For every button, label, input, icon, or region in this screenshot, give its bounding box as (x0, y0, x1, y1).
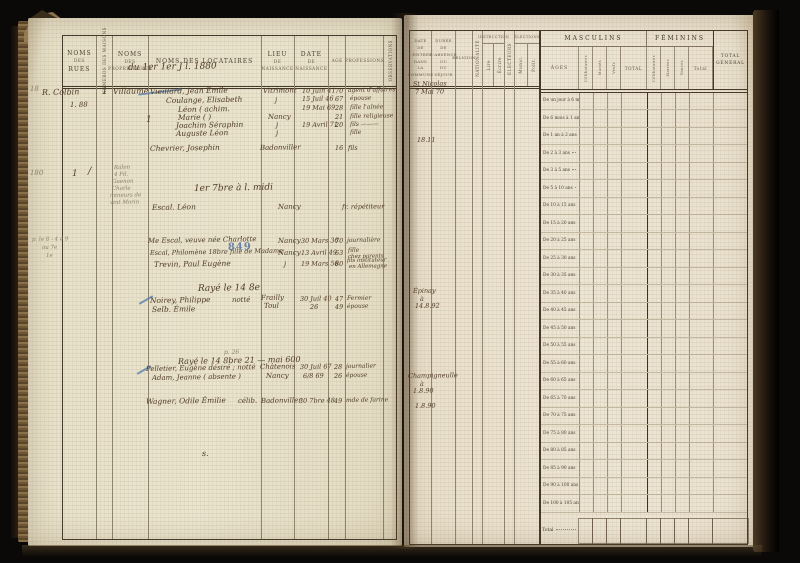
tally-cell (579, 390, 593, 407)
tally-cell (647, 128, 661, 145)
header-line: Mariés (598, 60, 602, 75)
tally-cell (607, 373, 621, 390)
tally-cell (579, 338, 593, 355)
tally-cell (593, 303, 607, 320)
tally-cell (607, 250, 621, 267)
tally-cell (579, 425, 593, 442)
tally-cell (647, 460, 661, 477)
tally-cell (674, 518, 689, 545)
tally-cell (713, 233, 749, 250)
col-header-date-entree: DATE DE L'ENTRÉE DANS LA COMMUNE (410, 31, 431, 89)
age-row-label-cell: De 85 à 90 ans (541, 460, 579, 477)
tally-cell (607, 285, 621, 302)
age-row-label-cell: De 80 à 85 ans (541, 443, 579, 460)
header-line: LIEU (268, 51, 288, 58)
tally-cell (647, 303, 661, 320)
tally-cell (593, 338, 607, 355)
m-veufs-header: Veufs (607, 47, 621, 89)
tally-cell (661, 460, 675, 477)
tally-cell (607, 268, 621, 285)
tally-cell (661, 425, 675, 442)
subcol-politique: Polit. (527, 44, 540, 86)
age-row-label-cell: De 45 à 50 ans (541, 320, 579, 337)
col-header-nationalite: NATIONALITÉ (473, 31, 482, 89)
tally-cell (675, 443, 689, 460)
feminins-header: FÉMININS (647, 31, 713, 46)
age-row: De 60 à 65 ans (541, 373, 747, 391)
tally-cell (661, 373, 675, 390)
tally-cell (621, 355, 647, 372)
tally-cell (579, 303, 593, 320)
col-header-noms-rues: NOMS DES RUES (63, 36, 96, 89)
tally-cell (713, 110, 749, 127)
f-mariees-header: Mariées (661, 47, 675, 89)
header-line: NATIONALITÉ (475, 40, 480, 77)
group-header: INSTRUCTION (483, 31, 504, 44)
header-line: Munic. (518, 56, 523, 74)
header-line: AGE (332, 59, 343, 64)
tally-cell (607, 355, 621, 372)
age-row-label-cell: De 3 à 5 ans (541, 163, 579, 180)
col-group-instruction: INSTRUCTION Lire Écrire (483, 31, 505, 544)
tally-cell (579, 460, 593, 477)
col-noms-rues: NOMS DES RUES (63, 36, 97, 539)
tally-cell (661, 93, 675, 110)
m-celibataires-header: Célibataires (579, 47, 593, 89)
age-row-label-cell: De 100 à 105 ans (541, 495, 579, 512)
tally-cell (675, 338, 689, 355)
tally-cell (593, 180, 607, 197)
col-header-religion: RELIGION (456, 31, 472, 89)
col-header-observations: OBSERVATIONS (384, 36, 396, 89)
tally-cell (579, 215, 593, 232)
mf-header: MASCULINS FÉMININS ÂGES Célibataires Mar… (541, 31, 747, 90)
tally-cell (593, 198, 607, 215)
tally-cell (689, 355, 713, 372)
tally-cell (647, 355, 661, 372)
tally-cell (689, 303, 713, 320)
f-celibataires-header: Célibataires (647, 47, 661, 89)
tally-cell (607, 110, 621, 127)
age-row: De 100 à 105 ans (541, 495, 747, 513)
age-row-label: De 35 à 40 ans (543, 291, 575, 296)
tally-cell (661, 355, 675, 372)
tally-cell (621, 338, 647, 355)
age-row-label: De 85 à 90 ans (543, 466, 575, 471)
tally-cell (607, 180, 621, 197)
age-row-label: De 1 an à 2 ans (543, 133, 577, 138)
age-row-label-cell: De 1 an à 2 ans (541, 128, 579, 145)
age-row: De 15 à 20 ans (541, 215, 747, 233)
tally-cell (647, 285, 661, 302)
tally-cell (713, 180, 749, 197)
tally-cell (621, 233, 647, 250)
tally-cell (593, 93, 607, 110)
tally-cell (647, 250, 661, 267)
col-lieu-naissance: LIEU DE NAISSANCE (262, 36, 295, 539)
tally-cell (647, 390, 661, 407)
tally-cell (607, 215, 621, 232)
register-photograph: NOMS DES RUES NUMÉROS DES MAISONS NOMS D… (0, 0, 800, 563)
age-row-label-cell: De 15 à 20 ans (541, 215, 579, 232)
tally-cell (647, 338, 661, 355)
tally-cell (647, 408, 661, 425)
tally-cell (593, 460, 607, 477)
tally-cell (593, 163, 607, 180)
header-line: Célibataires (652, 55, 656, 82)
col-header-date: DATE DE NAISSANCE (295, 36, 329, 89)
age-row: De 10 à 15 ans (541, 198, 747, 216)
tally-cell (607, 145, 621, 162)
tally-cell (713, 338, 749, 355)
tally-cell (621, 250, 647, 267)
tally-cell (621, 443, 647, 460)
tally-cell (621, 478, 647, 495)
tally-cell (593, 390, 607, 407)
age-row: De 3 à 5 ans (541, 163, 747, 181)
m-total-header: TOTAL (621, 47, 647, 89)
tally-cell (661, 285, 675, 302)
tally-cell (593, 250, 607, 267)
tally-cell (713, 425, 749, 442)
tally-cell (661, 478, 675, 495)
tally-cell (661, 443, 675, 460)
header-line: NOMS DES LOCATAIRES (156, 58, 253, 65)
tally-cell (675, 145, 689, 162)
age-row: De 55 à 60 ans (541, 355, 747, 373)
tally-cell (688, 518, 713, 545)
age-row-label: De 100 à 105 ans (543, 501, 579, 506)
age-row-label: De 3 à 5 ans (543, 168, 570, 173)
tally-cell (647, 145, 661, 162)
tally-cell (606, 518, 621, 545)
tally-cell (675, 303, 689, 320)
subcol-lire: Lire (483, 44, 493, 86)
col-header-professions: PROFESSIONS (346, 36, 383, 89)
tally-cell (661, 163, 675, 180)
header-line: DES (74, 59, 85, 64)
col-electeurs: ÉLECTEURS (505, 31, 515, 544)
tally-cell (607, 495, 621, 512)
tally-cell (647, 268, 661, 285)
tally-cell (579, 443, 593, 460)
tally-cell (593, 355, 607, 372)
total-general-header: TOTAL GÉNÉRAL (713, 31, 747, 89)
tally-cell (579, 320, 593, 337)
age-row-label-cell: De 2 à 3 ans (541, 145, 579, 162)
tally-cell (689, 145, 713, 162)
tally-cell (593, 478, 607, 495)
header-line: NAISSANCE (295, 67, 327, 72)
age-row-label-cell: De 90 à 100 ans (541, 478, 579, 495)
group-header: ÉLECTIONS (515, 31, 539, 44)
tally-cell (689, 408, 713, 425)
header-line: Écrire (497, 57, 502, 73)
age-row: De 85 à 90 ans (541, 460, 747, 478)
age-row-label: De 20 à 25 ans (543, 238, 575, 243)
tally-cell (675, 285, 689, 302)
tally-cell (675, 460, 689, 477)
tally-cell (579, 478, 593, 495)
tally-cell (607, 163, 621, 180)
age-row-label-cell: De 30 à 35 ans (541, 268, 579, 285)
tally-cell (621, 215, 647, 232)
tally-cell (689, 163, 713, 180)
tally-cell (689, 390, 713, 407)
tally-cell (579, 355, 593, 372)
f-total-header: Total (689, 47, 713, 89)
header-line: OBSERVATIONS (388, 40, 393, 81)
age-row-label: De 6 mois à 1 an (543, 116, 579, 121)
total-row: Total (541, 518, 747, 545)
age-row: De 45 à 50 ans (541, 320, 747, 338)
tally-cell (579, 408, 593, 425)
col-religion: RELIGION (456, 31, 473, 544)
tally-cell (607, 320, 621, 337)
tally-cell (647, 198, 661, 215)
tally-cell (675, 110, 689, 127)
tally-cell (593, 408, 607, 425)
header-line: DE (417, 46, 424, 51)
header-line: DU (440, 66, 447, 71)
age-row-label: De 30 à 35 ans (543, 273, 575, 278)
header-line: L'ENTRÉE (409, 53, 433, 58)
register-right-page: DATE DE L'ENTRÉE DANS LA COMMUNE DURÉE D… (404, 15, 756, 547)
tally-cell (593, 268, 607, 285)
age-row-label: De 2 à 3 ans (543, 151, 570, 156)
tally-cell (713, 215, 749, 232)
tally-cell (661, 408, 675, 425)
age-row-label-cell: De 40 à 45 ans (541, 303, 579, 320)
tally-cell (621, 268, 647, 285)
tally-cell (689, 285, 713, 302)
tally-cell (593, 373, 607, 390)
tally-cell (689, 320, 713, 337)
tally-cell (607, 390, 621, 407)
col-age: AGE (329, 36, 346, 539)
header-line: DANS (414, 60, 427, 65)
tally-cell (675, 373, 689, 390)
age-row-label-cell: De 60 à 65 ans (541, 373, 579, 390)
age-row-label-cell: De 10 à 15 ans (541, 198, 579, 215)
tally-cell (607, 233, 621, 250)
header-line: GÉNÉRAL (716, 61, 745, 66)
tally-cell (689, 233, 713, 250)
tally-cell (621, 390, 647, 407)
tally-cell (675, 268, 689, 285)
tally-cell (675, 355, 689, 372)
tally-cell (675, 390, 689, 407)
header-line: DATE (301, 51, 322, 58)
col-date-entree: DATE DE L'ENTRÉE DANS LA COMMUNE (410, 31, 432, 544)
tally-cell (675, 408, 689, 425)
tally-cell (607, 338, 621, 355)
tally-cell (621, 128, 647, 145)
tally-cell (621, 303, 647, 320)
register-left-page: NOMS DES RUES NUMÉROS DES MAISONS NOMS D… (28, 18, 402, 546)
tally-cell (713, 443, 749, 460)
tally-cell (675, 250, 689, 267)
header-line: NOMS (118, 51, 142, 58)
tally-cell (689, 443, 713, 460)
tally-cell (689, 373, 713, 390)
tally-cell (579, 268, 593, 285)
tally-cell (646, 518, 661, 545)
tally-cell (661, 128, 675, 145)
tally-cell (607, 198, 621, 215)
header-line: PROPRIÉTAIRES (108, 67, 152, 72)
tally-cell (621, 373, 647, 390)
tally-cell (621, 93, 647, 110)
header-line: Mariées (666, 59, 670, 77)
tally-cell (661, 495, 675, 512)
age-row: De 65 à 70 ans (541, 390, 747, 408)
col-group-elections: ÉLECTIONS Munic. Polit. (515, 31, 539, 544)
header-line: DE (274, 60, 282, 65)
tally-cell (675, 425, 689, 442)
tally-cell (713, 128, 749, 145)
tally-cell (661, 198, 675, 215)
tally-cell (661, 320, 675, 337)
age-row-label: De 65 à 70 ans (543, 396, 575, 401)
header-line: LA (418, 66, 424, 71)
age-row-label-cell: De 65 à 70 ans (541, 390, 579, 407)
header-line: Veufs (612, 62, 616, 74)
age-row-label-cell: De 5 à 10 ans (541, 180, 579, 197)
age-row: De 90 à 100 ans (541, 478, 747, 496)
tally-cell (713, 460, 749, 477)
age-row: De 80 à 85 ans (541, 443, 747, 461)
col-header-instruction: INSTRUCTION Lire Écrire (483, 31, 504, 89)
f-veuves-header: Veuves (675, 47, 689, 89)
age-row-label: De 10 à 15 ans (543, 203, 575, 208)
tally-cell (661, 233, 675, 250)
age-row-label: De 15 à 20 ans (543, 221, 575, 226)
age-rows-body: De un jour à 6 moisDe 6 mois à 1 anDe 1 … (541, 92, 747, 513)
tally-cell (593, 320, 607, 337)
age-row-label-cell: De 55 à 60 ans (541, 355, 579, 372)
col-header-numeros: NUMÉROS DES MAISONS (97, 36, 112, 89)
book-cover-right-edge (753, 10, 779, 552)
tally-cell (713, 408, 749, 425)
tally-cell (607, 303, 621, 320)
tally-cell (689, 198, 713, 215)
tally-cell (607, 93, 621, 110)
age-row-label-cell: De 75 à 80 ans (541, 425, 579, 442)
tally-cell (689, 93, 713, 110)
header-line: DE (308, 60, 316, 65)
tally-cell (647, 425, 661, 442)
tally-cell (647, 233, 661, 250)
tally-cell (689, 180, 713, 197)
age-row-label: De 90 à 100 ans (543, 483, 578, 488)
left-table: NOMS DES RUES NUMÉROS DES MAISONS NOMS D… (62, 35, 397, 540)
age-recapitulation-table: MASCULINS FÉMININS ÂGES Célibataires Mar… (540, 30, 748, 545)
tally-cell (689, 128, 713, 145)
tally-cell (660, 518, 675, 545)
tally-cell (647, 495, 661, 512)
header-line: DURÉE (435, 39, 452, 44)
age-row-label-cell: De 70 à 75 ans (541, 408, 579, 425)
tally-cell (675, 320, 689, 337)
tally-cell (661, 303, 675, 320)
subcol-municipal: Munic. (515, 44, 527, 86)
header-line: NUMÉROS DES MAISONS (102, 27, 107, 94)
col-header-electeurs: ÉLECTEURS (505, 31, 514, 89)
tally-cell (607, 128, 621, 145)
tally-cell (675, 163, 689, 180)
header-line: NOMS (67, 50, 91, 57)
age-row-label: De 60 à 65 ans (543, 378, 575, 383)
tally-cell (579, 495, 593, 512)
age-row: De 40 à 45 ans (541, 303, 747, 321)
tally-cell (579, 285, 593, 302)
age-row: De 50 à 55 ans (541, 338, 747, 356)
header-line: Célibataires (584, 55, 588, 82)
tally-cell (593, 285, 607, 302)
tally-cell (713, 320, 749, 337)
age-row-label: De 70 à 75 ans (543, 413, 575, 418)
age-row: De 75 à 80 ans (541, 425, 747, 443)
tally-cell (593, 495, 607, 512)
tally-cell (713, 285, 749, 302)
tally-cell (661, 145, 675, 162)
tally-cell (689, 425, 713, 442)
age-row-label-cell: De 50 à 55 ans (541, 338, 579, 355)
tally-cell (713, 145, 749, 162)
tally-cell (675, 233, 689, 250)
tally-cell (675, 215, 689, 232)
tally-cell (713, 93, 749, 110)
tally-cell (712, 518, 749, 545)
tally-cell (592, 518, 607, 545)
age-row-label: De 50 à 55 ans (543, 343, 575, 348)
tally-cell (713, 390, 749, 407)
header-line: DATE (414, 39, 426, 44)
masculins-header: MASCULINS (541, 31, 647, 46)
tally-cell (713, 268, 749, 285)
tally-cell (689, 215, 713, 232)
tally-cell (621, 408, 647, 425)
tally-cell (689, 478, 713, 495)
tally-cell (593, 215, 607, 232)
tally-cell (647, 180, 661, 197)
tally-cell (621, 425, 647, 442)
handwriting-entry: 18 (30, 86, 39, 93)
tally-cell (579, 250, 593, 267)
age-row-label-cell: De 6 mois à 1 an (541, 110, 579, 127)
tally-cell (621, 495, 647, 512)
tally-cell (621, 198, 647, 215)
col-locataires: NOMS DES LOCATAIRES (149, 36, 262, 539)
col-proprietaires: NOMS DES PROPRIÉTAIRES (113, 36, 149, 539)
age-row-label: De un jour à 6 mois (543, 98, 579, 103)
tally-cell (661, 215, 675, 232)
age-row-label: De 5 à 10 ans (543, 186, 573, 191)
tally-cell (579, 233, 593, 250)
tally-cell (713, 478, 749, 495)
col-professions: PROFESSIONS (346, 36, 384, 539)
header-line: PROFESSIONS (345, 59, 384, 64)
tally-cell (661, 250, 675, 267)
col-header-age: AGE (329, 36, 345, 89)
header-line: SÉJOUR (434, 73, 452, 78)
age-row: De 20 à 25 ans (541, 233, 747, 251)
col-header-elections: ÉLECTIONS Munic. Polit. (515, 31, 539, 89)
age-row-label: De 45 à 50 ans (543, 326, 575, 331)
tally-cell (689, 338, 713, 355)
header-line: Lire (486, 60, 491, 71)
